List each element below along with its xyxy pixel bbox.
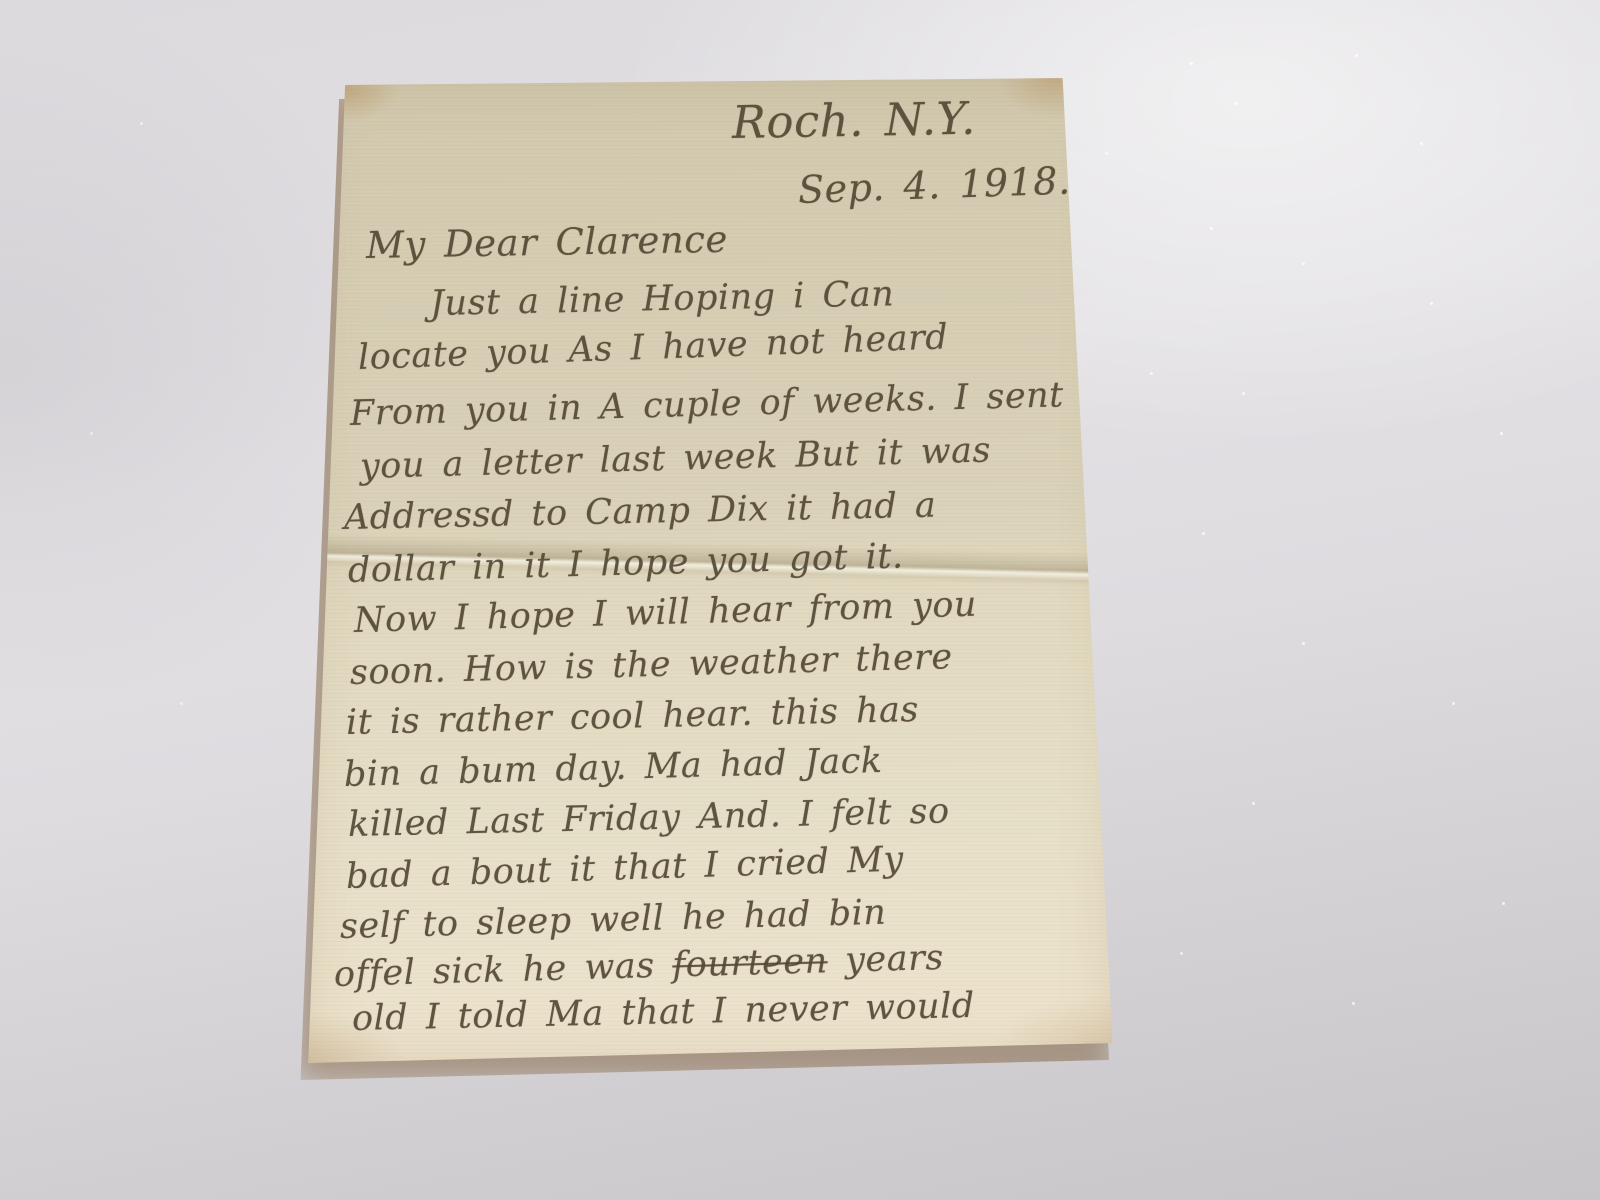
letter-line: it is rather cool hear. this has (346, 690, 920, 743)
struck-out-word: fourteen (672, 941, 828, 985)
letter-line: self to sleep well he had bin (339, 893, 886, 947)
letter-line: locate you As I have not heard (357, 317, 949, 378)
letter-salutation: My Dear Clarence (366, 218, 729, 267)
letter-line: soon. How is the weather there (349, 637, 953, 693)
letter-line: Addressd to Camp Dix it had a (344, 486, 937, 538)
letter-line: Now I hope I will hear from you (353, 585, 977, 641)
letter-line: you a letter last week But it was (359, 430, 991, 487)
letter-line: old I told Ma that I never would (352, 986, 976, 1039)
letter-place: Roch. N.Y. (732, 92, 977, 149)
letter-line: Just a line Hoping i Can (430, 274, 895, 324)
letter-line: killed Last Friday And. I felt so (348, 791, 950, 845)
letter-date: Sep. 4. 1918. (797, 158, 1071, 211)
photo-background: Roch. N.Y. Sep. 4. 1918. My Dear Clarenc… (0, 0, 1600, 1200)
letter-line: bad a bout it that I cried My (345, 839, 904, 897)
wall-speckle-texture (1190, 62, 1193, 65)
letter-line-with-strikethrough: offel sick he was fourteen years (333, 938, 944, 995)
letter-line: bin a bum day. Ma had Jack (343, 741, 883, 795)
letter-line-text: years (845, 938, 945, 981)
letter-line-text: offel sick he was (333, 946, 655, 995)
letter-line: From you in A cuple of weeks. I sent (349, 375, 1064, 434)
letter-paper: Roch. N.Y. Sep. 4. 1918. My Dear Clarenc… (300, 70, 1120, 1070)
letter-photo: Roch. N.Y. Sep. 4. 1918. My Dear Clarenc… (300, 70, 1120, 1070)
